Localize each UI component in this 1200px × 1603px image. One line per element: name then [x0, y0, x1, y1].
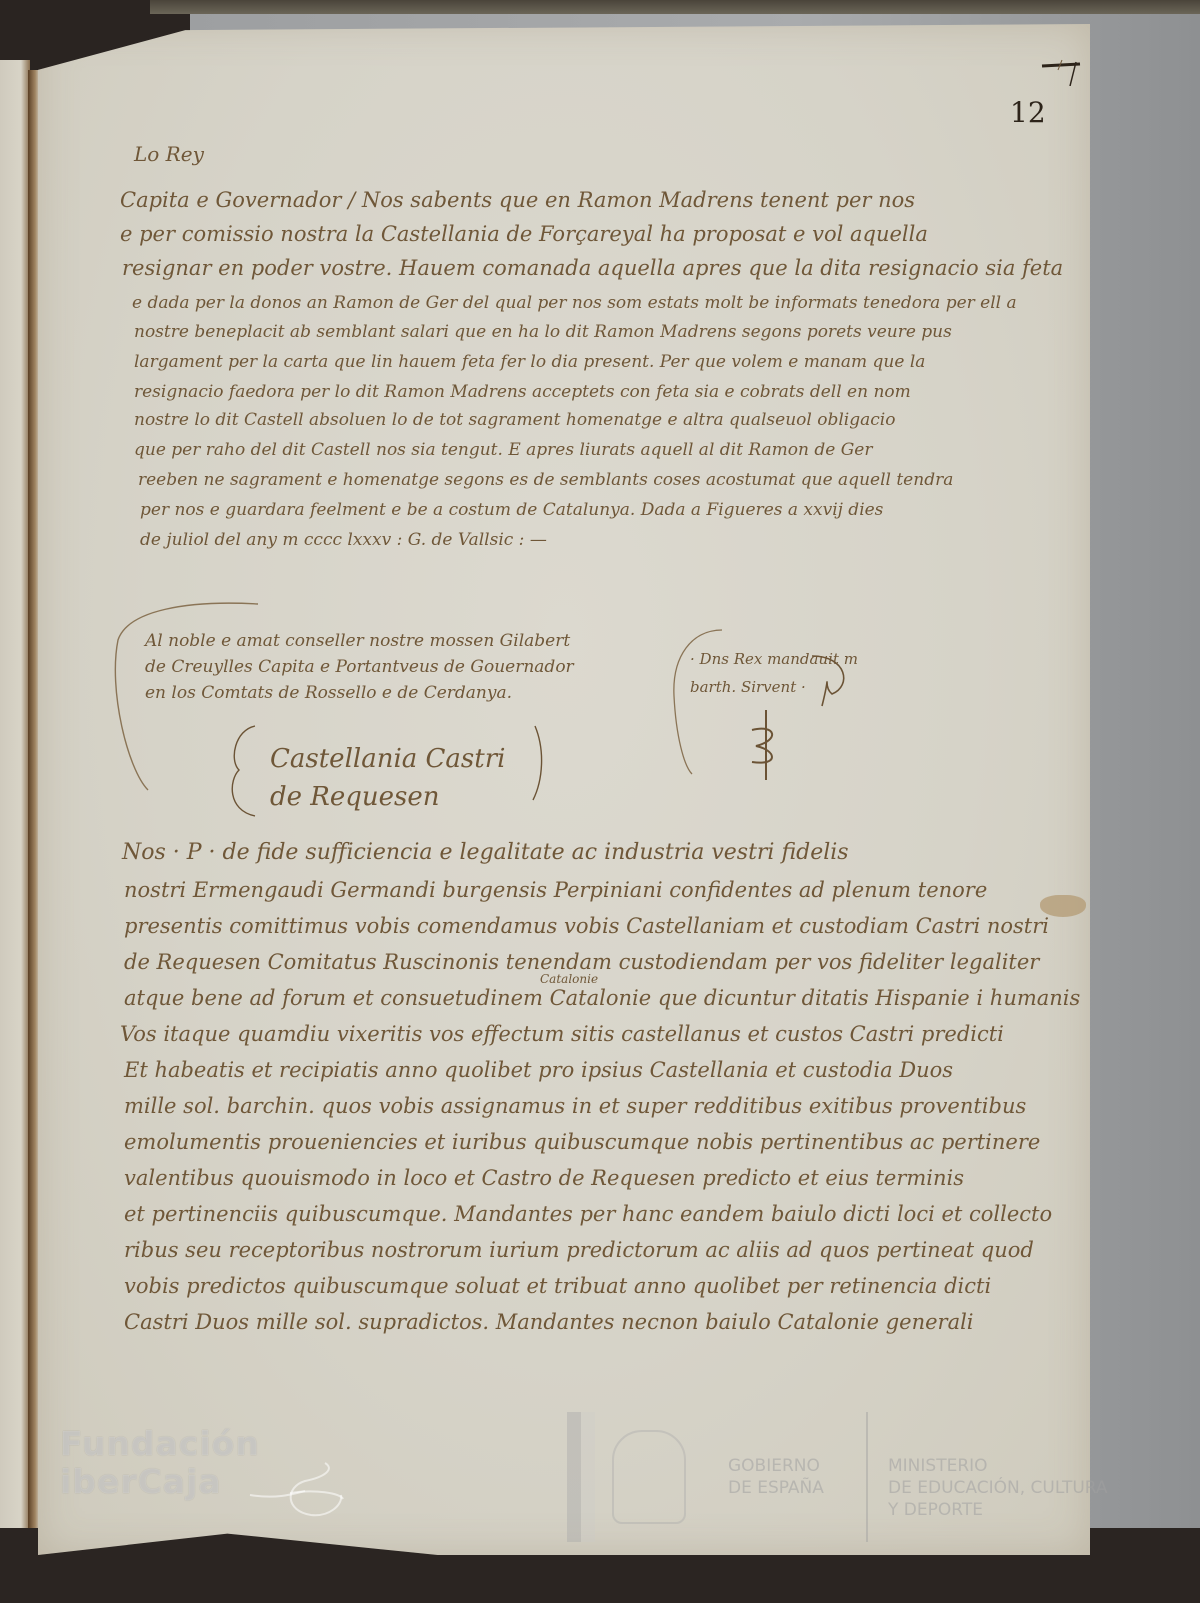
letter-2-line: presentis comittimus vobis comendamus vo…	[124, 914, 1049, 938]
ibercaja-logo-icon	[245, 1455, 355, 1525]
letter-2-line: et pertinenciis quibuscumque. Mandantes …	[124, 1202, 1052, 1226]
letter-1-line: resignar en poder vostre. Hauem comanada…	[122, 256, 1063, 280]
left-page-edge	[0, 60, 30, 1550]
address-block: Al noble e amat conseller nostre mossen …	[145, 628, 574, 706]
letter-1-line: resignacio faedora per lo dit Ramon Madr…	[134, 382, 911, 402]
watermark-line: MINISTERIO	[888, 1455, 1108, 1477]
letter-1-line: largament per la carta que lin hauem fet…	[134, 352, 925, 372]
royal-monogram-icon	[746, 710, 786, 780]
letter-2-line: Et habeatis et recipiatis anno quolibet …	[124, 1058, 953, 1082]
letter-2-line: vobis predictos quibuscumque soluat et t…	[124, 1274, 991, 1298]
folio-number: 12	[1010, 96, 1046, 129]
address-line: de Creuylles Capita e Portantveus de Gou…	[145, 654, 574, 680]
letter-2-line: Vos itaque quamdiu vixeritis vos effectu…	[120, 1022, 1004, 1046]
book-edge-top	[150, 0, 1200, 14]
gobierno-watermark: GOBIERNO DE ESPAÑA	[728, 1455, 824, 1499]
letter-1-line: de juliol del any m cccc lxxxv : G. de V…	[140, 530, 547, 550]
letter-1-line: e dada per la donos an Ramon de Ger del …	[132, 293, 1017, 313]
watermark-line: DE EDUCACIÓN, CULTURA	[888, 1477, 1108, 1499]
margin-note-line: barth. Sirvent ·	[690, 673, 858, 701]
letter-2-line: atque bene ad forum et consuetudinem Cat…	[124, 986, 1080, 1010]
interlinear-insert: Catalonie	[540, 972, 598, 986]
letter-1-line: nostre lo dit Castell absoluen lo de tot…	[134, 410, 895, 430]
watermark-line: iberCaja	[60, 1463, 260, 1501]
letter-2-line: de Requesen Comitatus Ruscinonis tenenda…	[124, 950, 1039, 974]
watermark-line: DE ESPAÑA	[728, 1477, 824, 1499]
letter-1-line: e per comissio nostra la Castellania de …	[120, 222, 928, 246]
section-title-line: Castellania Castri	[270, 740, 505, 778]
letter-1-line: Capita e Governador / Nos sabents que en…	[120, 188, 915, 212]
section-title-line: de Requesen	[270, 778, 505, 816]
address-line: Al noble e amat conseller nostre mossen …	[145, 628, 574, 654]
letter-1-line: que per raho del dit Castell nos sia ten…	[134, 440, 873, 460]
letter-2-line: mille sol. barchin. quos vobis assignamu…	[124, 1094, 1026, 1118]
letter-2-line: valentibus quouismodo in loco et Castro …	[124, 1166, 964, 1190]
chancery-note: · Dns Rex mandauit m barth. Sirvent ·	[690, 645, 858, 701]
section-title: Castellania Castri de Requesen	[270, 740, 505, 816]
letter-2-line: Nos · P · de fide sufficiencia e legalit…	[122, 840, 849, 865]
letter-2-line: emolumentis proueniencies et iuribus qui…	[124, 1130, 1040, 1154]
letter-1-line: per nos e guardara feelment e be a costu…	[140, 500, 883, 520]
letter-heading: Lo Rey	[134, 142, 204, 166]
watermark-line: GOBIERNO	[728, 1455, 824, 1477]
letter-1-line: reeben ne sagrament e homenatge segons e…	[138, 470, 953, 490]
parchment-stain	[1040, 895, 1086, 917]
margin-note-line: · Dns Rex mandauit m	[690, 645, 858, 673]
watermark-divider	[866, 1412, 868, 1542]
letter-1-line: nostre beneplacit ab semblant salari que…	[134, 322, 952, 342]
letter-2-line: Castri Duos mille sol. supradictos. Mand…	[124, 1310, 974, 1334]
foliation-mark-icon	[1040, 56, 1084, 86]
address-line: en los Comtats de Rossello e de Cerdanya…	[145, 680, 574, 706]
letter-2-line: nostri Ermengaudi Germandi burgensis Per…	[124, 878, 987, 902]
spain-flag-stripe-icon	[567, 1412, 595, 1542]
watermark-line: Fundación	[60, 1425, 260, 1463]
ibercaja-watermark: Fundación iberCaja	[60, 1425, 260, 1501]
watermark-line: Y DEPORTE	[888, 1499, 1108, 1521]
ministerio-watermark: MINISTERIO DE EDUCACIÓN, CULTURA Y DEPOR…	[888, 1455, 1108, 1521]
letter-2-line: ribus seu receptoribus nostrorum iurium …	[124, 1238, 1034, 1262]
coat-of-arms-icon	[612, 1430, 686, 1524]
